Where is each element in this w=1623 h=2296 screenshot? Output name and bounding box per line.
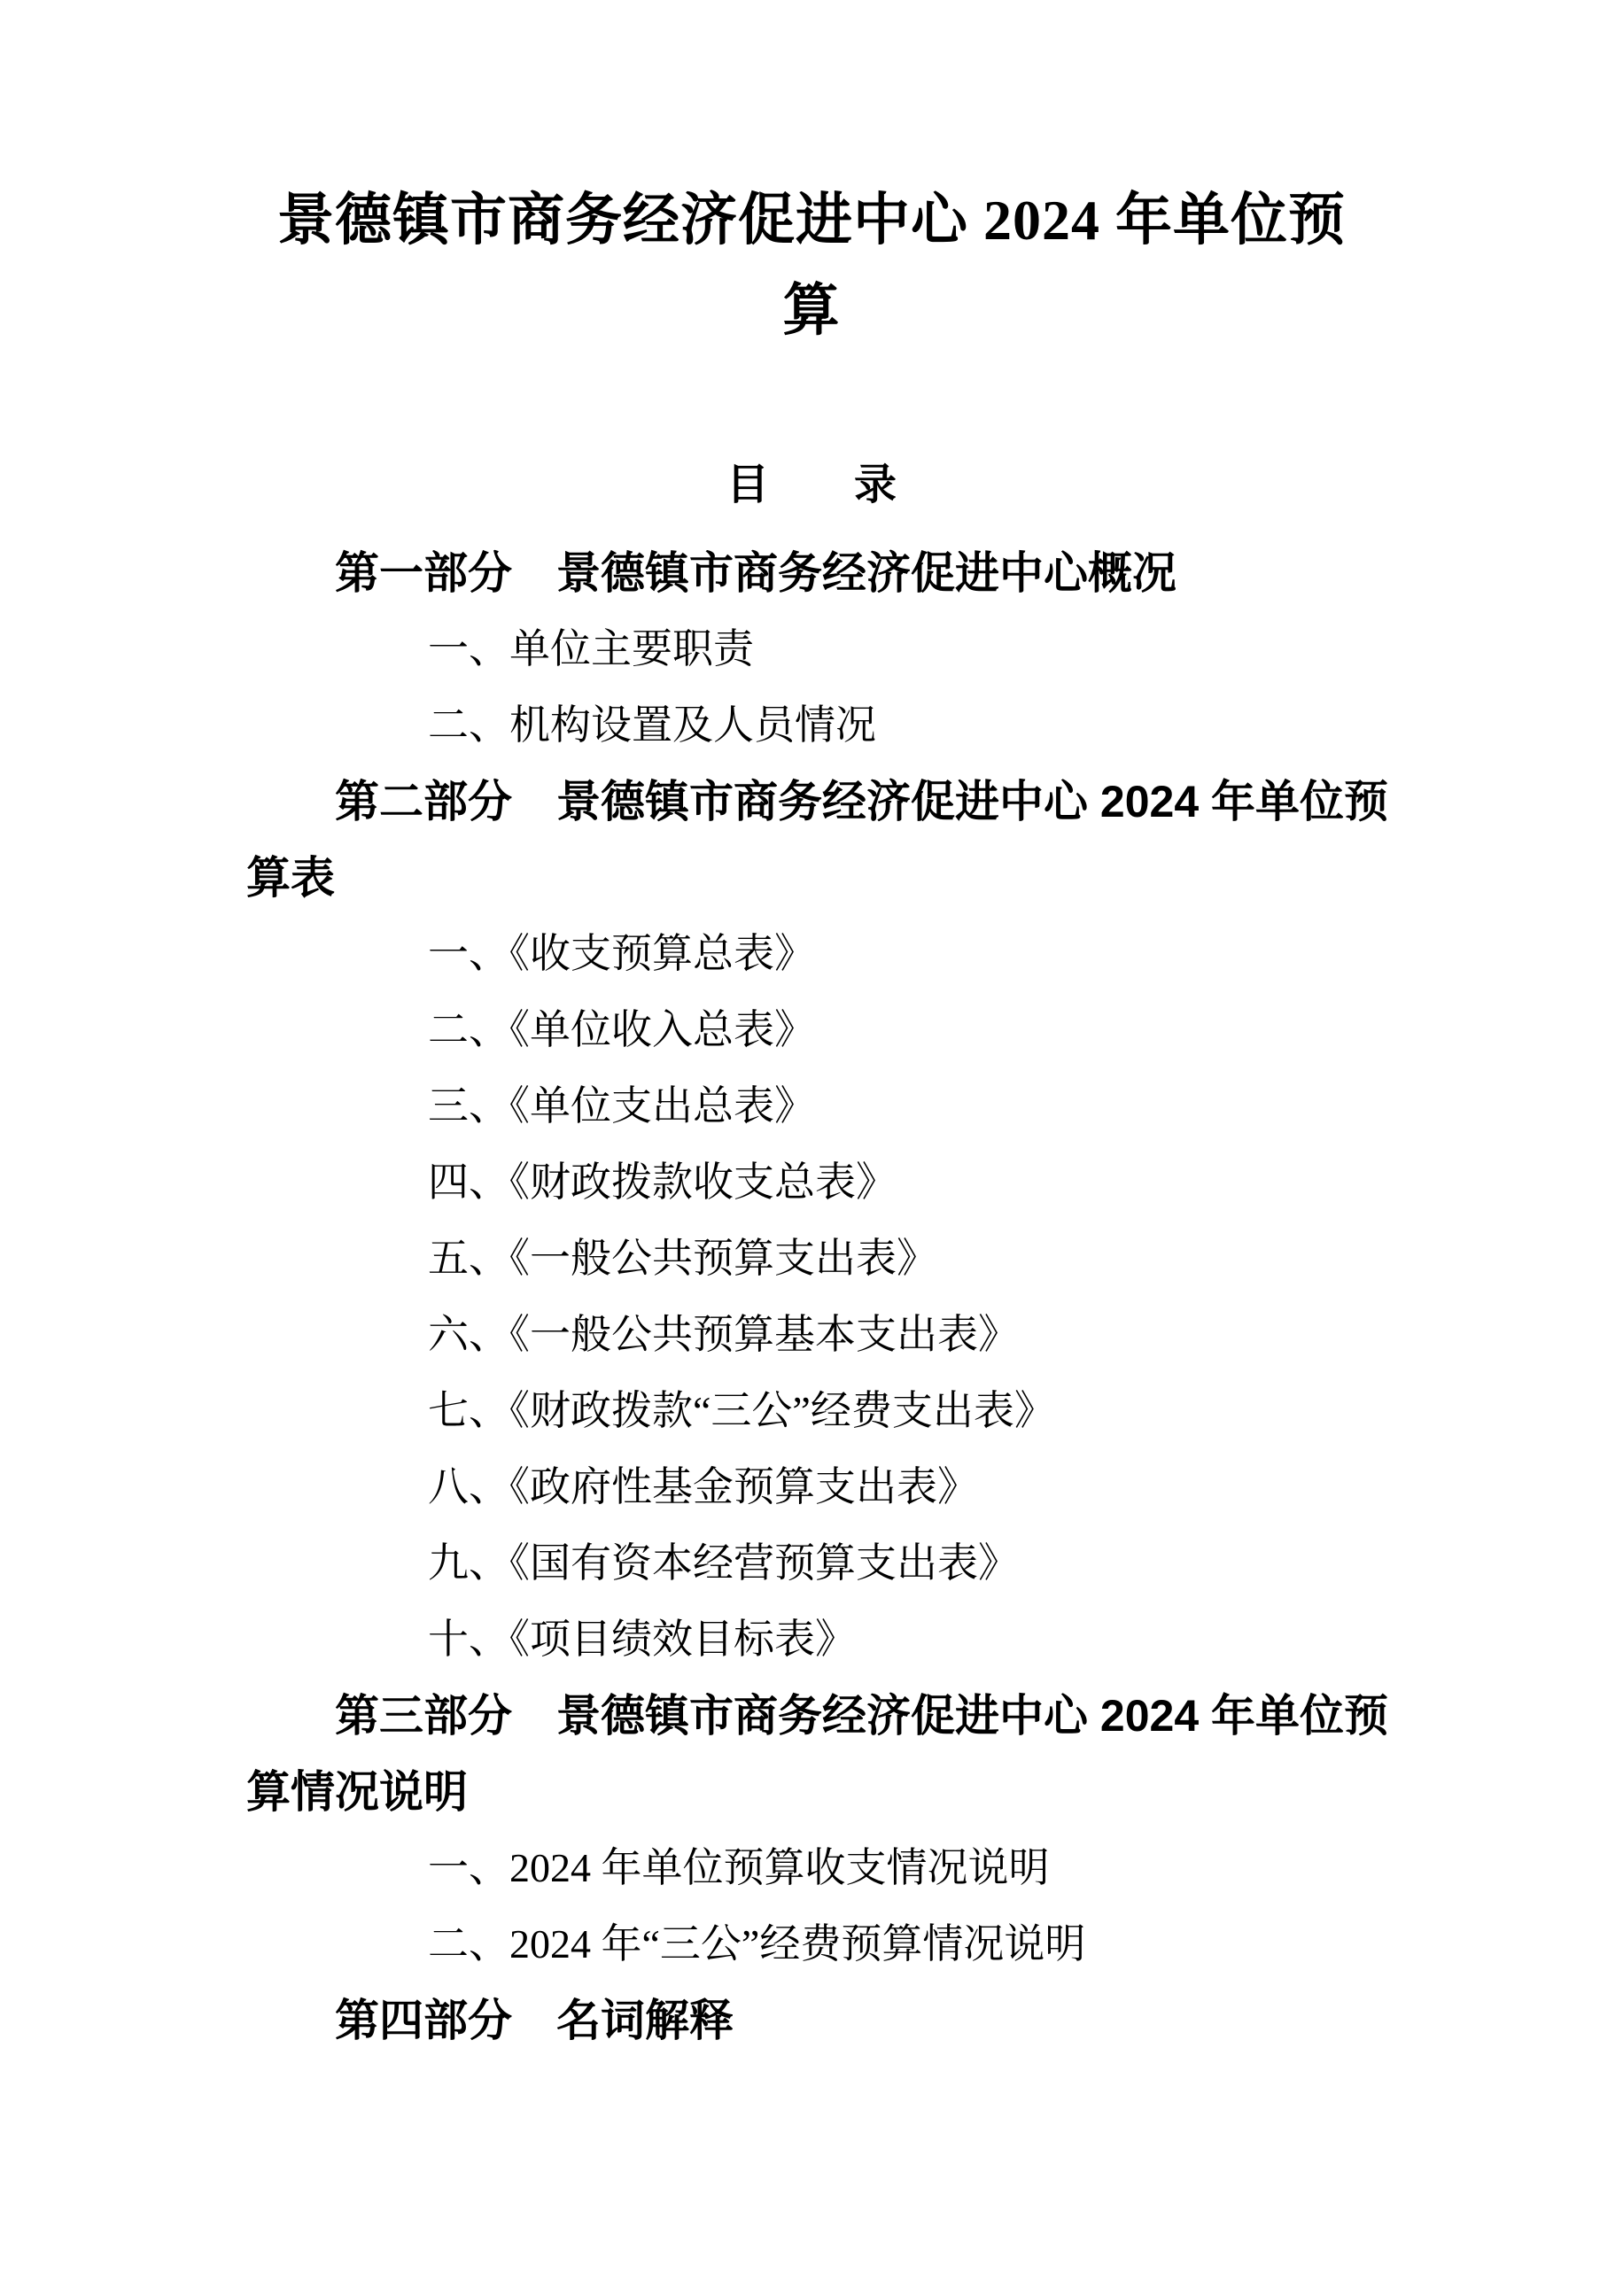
toc-heading: 目 录 <box>0 459 1623 512</box>
toc-entry-10: 五、《一般公共预算支出表》 <box>246 1221 1464 1297</box>
toc-entry-15: 十、《项目绩效目标表》 <box>246 1602 1464 1678</box>
toc-entry-3: 二、机构设置及人员情况 <box>246 687 1464 764</box>
toc-entry-4: 第二部分 景德镇市商务经济促进中心 2024 年单位预 <box>246 764 1464 840</box>
document-title-line-1: 景德镇市商务经济促进中心 2024 年单位预 <box>204 175 1419 266</box>
toc-entry-1: 第一部分 景德镇市商务经济促进中心概况 <box>246 535 1464 611</box>
toc-entry-9: 四、《财政拨款收支总表》 <box>246 1144 1464 1221</box>
document-page: 景德镇市商务经济促进中心 2024 年单位预 算 目 录 第一部分 景德镇市商务… <box>0 0 1623 2296</box>
toc-entry-2: 一、单位主要职责 <box>246 611 1464 687</box>
toc-entry-18: 一、2024 年单位预算收支情况说明 <box>246 1830 1464 1906</box>
toc-entry-19: 二、2024 年“三公”经费预算情况说明 <box>246 1906 1464 1982</box>
toc-entry-5: 算表 <box>246 840 1464 916</box>
toc-entry-12: 七、《财政拨款“三公”经费支出表》 <box>246 1373 1464 1449</box>
toc-entry-8: 三、《单位支出总表》 <box>246 1068 1464 1144</box>
toc-entry-14: 九、《国有资本经营预算支出表》 <box>246 1525 1464 1602</box>
toc-list: 第一部分 景德镇市商务经济促进中心概况一、单位主要职责二、机构设置及人员情况第二… <box>246 535 1464 2059</box>
toc-entry-16: 第三部分 景德镇市商务经济促进中心 2024 年单位预 <box>246 1678 1464 1754</box>
toc-entry-7: 二、《单位收入总表》 <box>246 992 1464 1068</box>
toc-entry-11: 六、《一般公共预算基本支出表》 <box>246 1297 1464 1373</box>
toc-entry-17: 算情况说明 <box>246 1754 1464 1830</box>
document-title: 景德镇市商务经济促进中心 2024 年单位预 算 <box>204 175 1419 356</box>
toc-entry-20: 第四部分 名词解释 <box>246 1982 1464 2059</box>
document-title-line-2: 算 <box>204 266 1419 356</box>
toc-entry-6: 一、《收支预算总表》 <box>246 916 1464 992</box>
toc-entry-13: 八、《政府性基金预算支出表》 <box>246 1449 1464 1525</box>
